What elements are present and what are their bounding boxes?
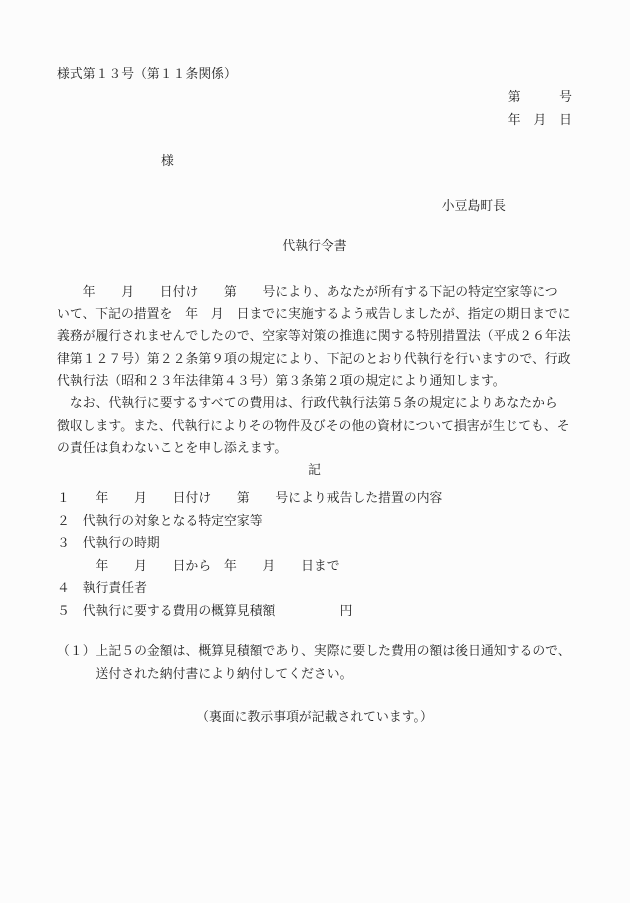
note-line: 送付された納付書により納付してください。: [57, 663, 572, 686]
recipient-line: 様: [57, 150, 572, 172]
back-note: （裏面に教示事項が記載されています。）: [57, 706, 572, 728]
document-number-line: 第 号: [57, 86, 572, 108]
notes: （１）上記５の金額は、概算見積額であり、実際に要した費用の額は後日通知するので、…: [57, 640, 572, 686]
form-number: 様式第１３号（第１１条関係）: [57, 63, 572, 85]
list-item-3-period: 年 月 日から 年 月 日まで: [57, 555, 572, 578]
body-line: 義務が履行されませんでしたので、空家等対策の推進に関する特別措置法（平成２６年法: [57, 325, 572, 347]
body-line: 年 月 日付け 第 号により、あなたが所有する下記の特定空家等につ: [57, 281, 572, 303]
item-list: １ 年 月 日付け 第 号により戒告した措置の内容 ２ 代執行の対象となる特定空…: [57, 487, 572, 622]
body-line: の責任は負わないことを申し添えます。: [57, 437, 572, 459]
list-item-3: ３ 代執行の時期: [57, 532, 572, 555]
list-item-1: １ 年 月 日付け 第 号により戒告した措置の内容: [57, 487, 572, 510]
document-title: 代執行令書: [57, 235, 572, 257]
issuer-line: 小豆島町長: [57, 195, 572, 217]
body-line: なお、代執行に要するすべての費用は、行政代執行法第５条の規定によりあなたから: [57, 392, 572, 414]
body-line: 代執行法（昭和２３年法律第４３号）第３条第２項の規定により通知します。: [57, 370, 572, 392]
list-item-2: ２ 代執行の対象となる特定空家等: [57, 510, 572, 533]
body-line: 徴収します。また、代執行によりその物件及びその他の資材について損害が生じても、そ: [57, 415, 572, 437]
body-paragraph: 年 月 日付け 第 号により、あなたが所有する下記の特定空家等につ いて、下記の…: [57, 281, 572, 459]
list-item-5: ５ 代執行に要する費用の概算見積額 円: [57, 600, 572, 623]
document-page: 様式第１３号（第１１条関係） 第 号 年 月 日 様 小豆島町長 代執行令書 年…: [0, 0, 630, 903]
body-line: いて、下記の措置を 年 月 日までに実施するよう戒告しましたが、指定の期日までに: [57, 303, 572, 325]
section-marker: 記: [57, 459, 572, 481]
list-item-4: ４ 執行責任者: [57, 577, 572, 600]
note-line: （１）上記５の金額は、概算見積額であり、実際に要した費用の額は後日通知するので、: [57, 640, 572, 663]
issue-date-line: 年 月 日: [57, 109, 572, 131]
body-line: 律第１２７号）第２２条第９項の規定により、下記のとおり代執行を行いますので、行政: [57, 348, 572, 370]
